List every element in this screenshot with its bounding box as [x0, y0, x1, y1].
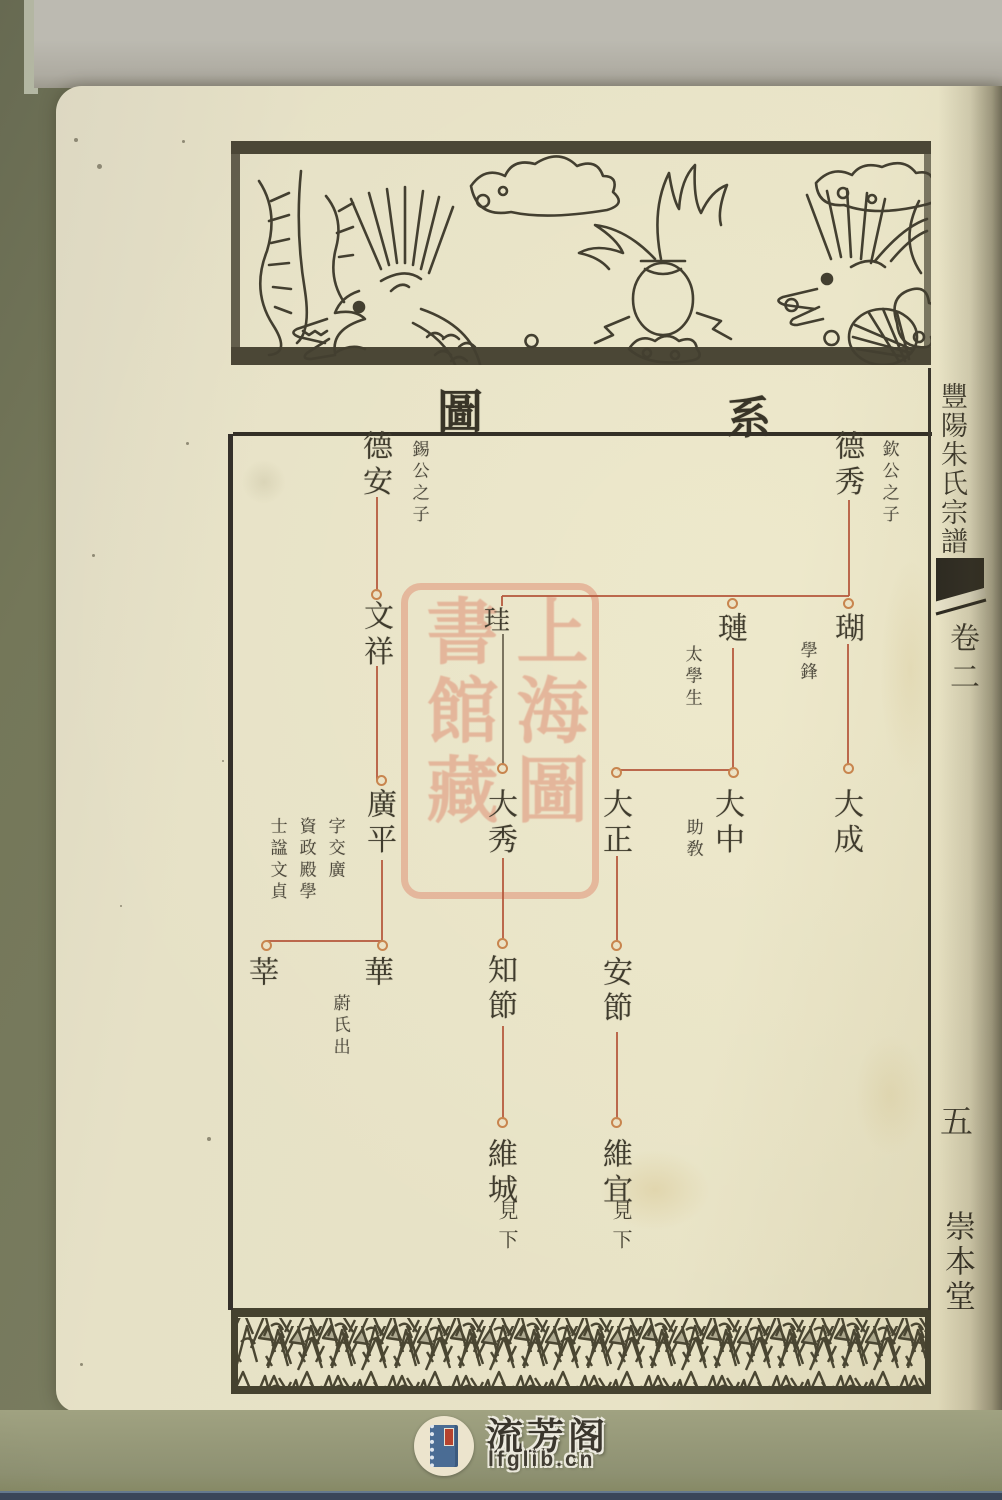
tree-node-an-jie: 安節 — [599, 956, 629, 1027]
tree-node-da-zhong-annotation: 助敎 — [685, 818, 702, 862]
tree-node-wei-cheng: 維城 — [484, 1138, 514, 1209]
tree-node-lian: 璉 — [714, 612, 744, 647]
tree-edge — [617, 769, 733, 771]
book-title: 豐陽朱氏宗譜 — [938, 382, 965, 556]
tree-edge — [732, 648, 734, 770]
tree-junction — [497, 763, 508, 774]
photo-bottom-edge — [0, 1491, 1002, 1500]
tree-node-da-cheng: 大成 — [830, 788, 860, 859]
paper-speck — [74, 138, 78, 142]
tree-edge — [848, 500, 850, 596]
tree-node-wei-yi-note: 見下 — [610, 1200, 630, 1258]
tree-node-da-zhong: 大中 — [711, 788, 741, 859]
tree-node-guang-ping-annotation: 資政殿學 — [298, 817, 315, 904]
tree-junction — [376, 775, 387, 786]
paper-speck — [182, 140, 185, 143]
paper-speck — [92, 554, 95, 557]
tree-junction — [727, 598, 738, 609]
tree-junction — [611, 940, 622, 951]
tree-junction — [611, 767, 622, 778]
tree-edge — [381, 860, 383, 941]
tree-junction — [371, 589, 382, 600]
tree-node-de-an: 德安 — [359, 430, 389, 501]
tree-junction — [843, 763, 854, 774]
tree-node-guang-ping-annotation: 字交廣 — [327, 817, 344, 882]
tree-edge — [616, 1032, 618, 1120]
tree-edge — [847, 644, 849, 766]
tree-edge — [502, 595, 849, 597]
tree-junction — [497, 1117, 508, 1128]
paper-speck — [207, 1137, 211, 1141]
tree-node-hua-annotation: 蔚氏出 — [332, 994, 349, 1059]
tree-node-lian-annotation: 太學生 — [684, 645, 701, 710]
book-icon — [430, 1425, 458, 1467]
tree-node-da-zheng: 大正 — [599, 788, 629, 859]
fishtail-ornament — [934, 556, 994, 618]
hall-mark: 崇本堂 — [942, 1210, 973, 1315]
tree-node-gui: 珪 — [481, 606, 507, 637]
tree-node-hu: 瑚 — [831, 612, 861, 647]
page-number: 五 — [936, 1104, 969, 1137]
paper-speck — [222, 760, 224, 762]
tree-junction — [497, 938, 508, 949]
tree-node-wen-xiang: 文祥 — [360, 600, 390, 671]
tree-junction — [728, 767, 739, 778]
watermark-badge — [414, 1416, 474, 1476]
tree-edge — [376, 666, 378, 780]
tree-node-guang-ping-annotation: 士諡文貞 — [269, 817, 286, 904]
tree-node-da-xiu: 大秀 — [484, 788, 514, 859]
tree-node-wei-yi: 維宜 — [599, 1138, 629, 1209]
tree-junction — [843, 598, 854, 609]
tree-edge — [502, 1026, 504, 1120]
paper-speck — [97, 164, 102, 169]
book-label-icon — [444, 1428, 454, 1446]
tree-node-hu-annotation: 學鋒 — [799, 641, 816, 685]
tree-junction — [611, 1117, 622, 1128]
tree-node-shen: 莘 — [245, 956, 275, 991]
tree-edge — [502, 634, 504, 766]
tree-edge — [267, 940, 382, 942]
watermark: 流芳阁 lfglib.cn — [414, 1408, 674, 1488]
tree-node-guang-ping: 廣平 — [363, 788, 393, 859]
paper-speck — [186, 442, 189, 445]
tree-node-hua: 華 — [360, 956, 390, 991]
tree-edge — [616, 856, 618, 942]
tree-edge — [501, 596, 503, 606]
tree-edge — [376, 497, 378, 592]
family-tree: 德安錫公之子德秀欽公之子文祥珪璉太學生瑚學鋒廣平字交廣資政殿學士諡文貞大秀大正大… — [0, 0, 1002, 1500]
tree-node-de-an-annotation: 錫公之子 — [411, 440, 428, 527]
watermark-site-url: lfglib.cn — [488, 1448, 596, 1472]
volume-label: 卷二 — [946, 622, 976, 700]
tree-node-wei-cheng-note: 見下 — [496, 1200, 516, 1258]
photo-background: 圖 系 上海圖 書館藏 德安錫公之子德秀欽公之子文祥珪璉太學生瑚學鋒廣平字交廣資… — [0, 0, 1002, 1500]
tree-node-de-xiu-annotation: 欽公之子 — [881, 440, 898, 527]
tree-junction — [377, 940, 388, 951]
tree-node-de-xiu: 德秀 — [831, 430, 861, 501]
paper-speck — [120, 905, 122, 907]
tree-edge — [502, 858, 504, 940]
tree-junction — [261, 940, 272, 951]
tree-node-zhi-jie: 知節 — [484, 954, 514, 1025]
paper-speck — [80, 1363, 83, 1366]
